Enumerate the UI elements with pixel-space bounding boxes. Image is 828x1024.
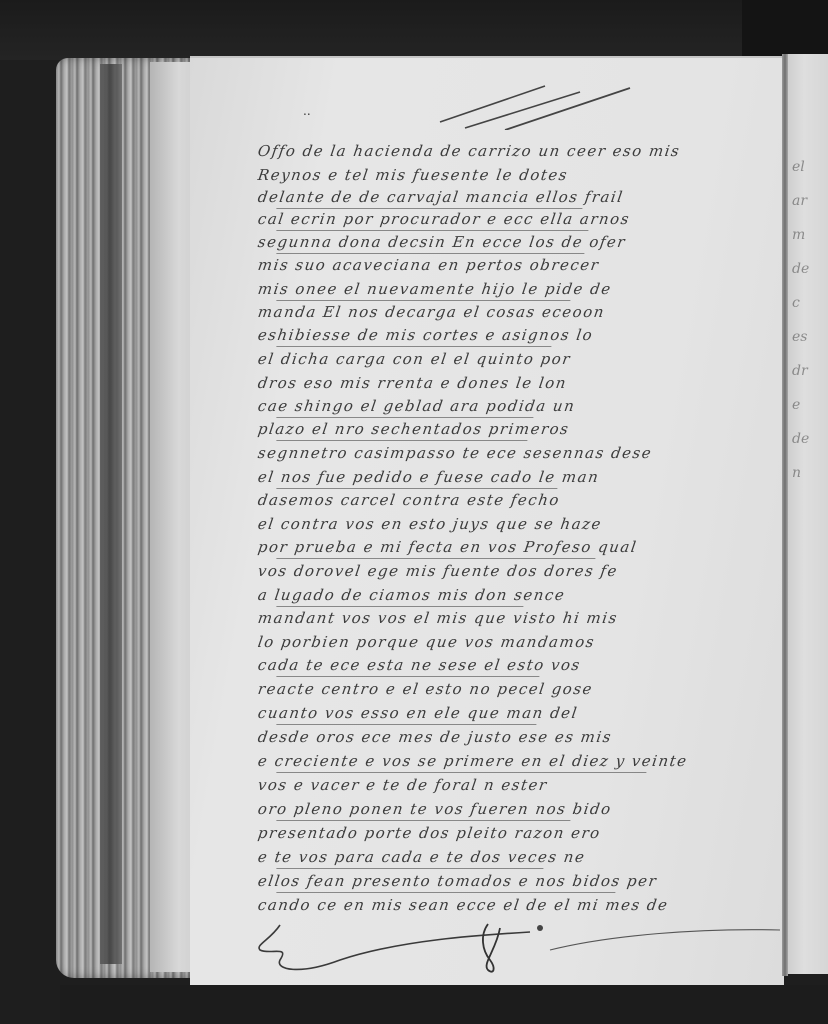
manuscript-line: segnnetro casimpasso te ece sesennas des… [257, 444, 654, 462]
manuscript-line: desde oros ece mes de justo ese es mis [257, 728, 614, 746]
manuscript-line: cae shingo el geblad ara podida un [257, 397, 577, 415]
manuscript-line: mis suo acaveciana en pertos obrecer [257, 256, 601, 274]
facing-page-text: el ar m de c es dr e de n [792, 150, 828, 490]
manuscript-line: el contra vos en esto juys que se haze [257, 515, 604, 533]
scan-background-bottom [60, 985, 828, 1024]
manuscript-line: ellos fean presento tomados e nos bidos … [257, 872, 659, 890]
manuscript-line: mis onee el nuevamente hijo le pide de [257, 280, 613, 298]
manuscript-line: cando ce en mis sean ecce el de el mi me… [257, 896, 670, 914]
manuscript-line: lo porbien porque que vos mandamos [257, 633, 597, 651]
header-pen-strokes [430, 80, 640, 130]
scan-background-strip [742, 0, 828, 60]
manuscript-line: manda El nos decarga el cosas eceoon [257, 303, 607, 321]
manuscript-line: mandant vos vos el mis que visto hi mis [257, 609, 619, 627]
book-binding-shadow [100, 64, 122, 964]
manuscript-line: oro pleno ponen te vos fueren nos bido [257, 800, 613, 818]
manuscript-line: vos e vacer e te de foral n ester [257, 776, 549, 794]
manuscript-line: reacte centro e el esto no pecel gose [257, 680, 595, 698]
scan-background-top [0, 0, 828, 60]
manuscript-line: e creciente e vos se primere en el diez … [257, 752, 689, 770]
manuscript-line: vos dorovel ege mis fuente dos dores fe [257, 562, 619, 580]
signature-flourish [250, 920, 790, 980]
manuscript-line: cuanto vos esso en ele que man del [257, 704, 579, 722]
manuscript-line: plazo el nro sechentados primeros [257, 420, 571, 438]
manuscript-line: presentado porte dos pleito razon ero [257, 824, 602, 842]
manuscript-line: segunna dona decsin En ecce los de ofer [257, 233, 628, 251]
manuscript-line: eshibiesse de mis cortes e asignos lo [257, 326, 595, 344]
header-marks: .. [303, 104, 311, 118]
manuscript-line: cada te ece esta ne sese el esto vos [257, 656, 582, 674]
manuscript-line: e te vos para cada e te dos veces ne [257, 848, 587, 866]
manuscript-line: el dicha carga con el el quinto por [257, 350, 573, 368]
manuscript-line: cal ecrin por procurador e ecc ella arno… [257, 210, 632, 228]
manuscript-line: por prueba e mi fecta en vos Profeso qua… [257, 538, 639, 556]
manuscript-line: Offo de la hacienda de carrizo un ceer e… [257, 142, 682, 160]
manuscript-line: dros eso mis rrenta e dones le lon [257, 374, 568, 392]
manuscript-line: delante de de carvajal mancia ellos frai… [257, 188, 625, 206]
manuscript-line: dasemos carcel contra este fecho [257, 491, 561, 509]
manuscript-line: Reynos e tel mis fuesente le dotes [257, 166, 570, 184]
manuscript-line: a lugado de ciamos mis don sence [257, 586, 567, 604]
manuscript-line: el nos fue pedido e fuese cado le man [257, 468, 601, 486]
